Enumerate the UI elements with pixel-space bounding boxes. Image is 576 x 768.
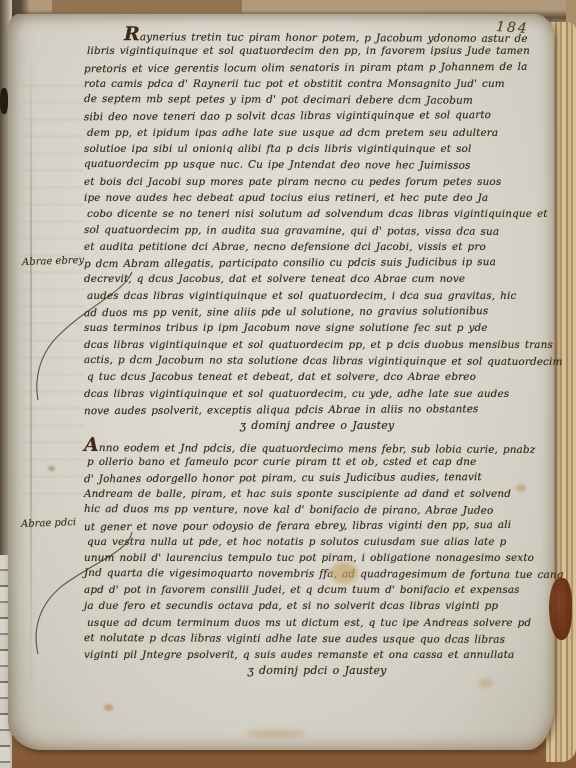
text-line: ut gener et nove pour odoysio de ferara …: [84, 517, 550, 535]
text-line: cobo dicente se no teneri nisi solutum a…: [87, 206, 553, 222]
text-line: q tuc dcus Jacobus teneat et debeat, dat…: [87, 369, 553, 385]
entry-heading: ʒ dominj andree o Jaustey: [84, 419, 550, 432]
text-line: ipe nove audes hec debeat apud tocius ei…: [84, 190, 550, 206]
stain: [104, 704, 113, 711]
text-line: et nolutate p dcas libras viginti adhe l…: [84, 630, 550, 648]
text-line: Jnd quarta die vigesimoquarto novembris …: [84, 565, 550, 583]
entry-closing: ʒ dominj pdci o Jaustey: [84, 664, 550, 677]
text-line: ja due fero et secundis octava pda, et s…: [84, 598, 550, 614]
text-line: d' Johanes odorgello honor pot piram, cu…: [84, 469, 550, 487]
text-line: qua vestra nulla ut pde, et hoc notatis …: [87, 534, 553, 550]
text-line: pretoris et vice gerentis locum olim sen…: [84, 58, 550, 77]
text-line: sol quatuordecim pp, in audita sua grava…: [84, 222, 550, 240]
text-line: quatuordecim pp usque nuc. Cu ipe Jntend…: [84, 156, 550, 174]
text-line: usque ad dcum terminum duos ms ut dictum…: [87, 615, 553, 631]
text-line: nove audes psolverit, exceptis aliqua pd…: [84, 401, 550, 420]
text-line: libris vigintiquinque et sol quatuordeci…: [87, 43, 553, 59]
entry-two-text: Anno eodem et Jnd pdcis, die quatuordeci…: [84, 438, 550, 663]
text-line: suas terminos tribus ip ipm Jacobum nove…: [84, 320, 550, 336]
text-line: sibi deo nove teneri dao p solvit dcas l…: [84, 107, 550, 126]
text-line: et bois dci Jacobi sup mores pate piram …: [84, 174, 550, 190]
text-line: apd d' pot in favorem consilii Judei, et…: [84, 582, 550, 598]
text-line: Andream de balle, piram, et hac suis spo…: [84, 486, 550, 502]
text-line: rota camis pdca d' Raynerii tuc pot et o…: [84, 76, 550, 92]
binding-spot: [549, 578, 572, 640]
text-line: decrevit, q dcus Jacobus, dat et solvere…: [84, 271, 550, 287]
text-line: p dcm Abram allegatis, participato consi…: [84, 254, 550, 273]
margin-note-second: Abrae pdci: [21, 517, 76, 530]
stain: [246, 730, 306, 738]
manuscript-photo: 184 Abrae ebrey Raynerius tretin tuc pir…: [0, 0, 576, 768]
text-line: dcas libras vigintiquinque et sol quatuo…: [84, 337, 550, 353]
binding-mark: [0, 88, 8, 114]
manuscript-page: 184 Abrae ebrey Raynerius tretin tuc pir…: [8, 14, 554, 750]
stain: [478, 678, 494, 688]
text-line: unum nobil d' laurencius tempulo tuc pot…: [84, 550, 550, 566]
text-line: ad duos ms pp venit, sine aliis pde ul s…: [84, 303, 550, 322]
text-line: audes dcas libras vigintiquinque et sol …: [87, 288, 553, 304]
margin-note-first: Abrae ebrey: [22, 255, 84, 268]
ink-bleedthrough: [22, 84, 84, 504]
text-line: Anno eodem et Jnd pdcis, die quatuordeci…: [84, 437, 550, 455]
text-line: actis, p dcm Jacobum no sta solutione dc…: [84, 352, 550, 370]
entry-one-text: Raynerius tretin tuc piram honor potem, …: [84, 27, 550, 418]
text-line: solutioe ipa sibi ul onioniq alibi fta p…: [84, 141, 550, 157]
text-line: et audita petitione dci Abrae, necno def…: [84, 239, 550, 255]
text-line: dem pp, et ipidum ipas adhe late sue usq…: [87, 125, 553, 141]
background-wood: [52, 0, 242, 13]
text-line: Raynerius tretin tuc piram honor potem, …: [84, 26, 550, 44]
text-line: p ollerio bano et fameulo pcor curie pir…: [87, 454, 553, 470]
text-line: viginti pil Jntegre psolverit, q suis au…: [84, 647, 550, 663]
text-line: dcas libras vigintiquinque et sol quatuo…: [84, 386, 550, 402]
